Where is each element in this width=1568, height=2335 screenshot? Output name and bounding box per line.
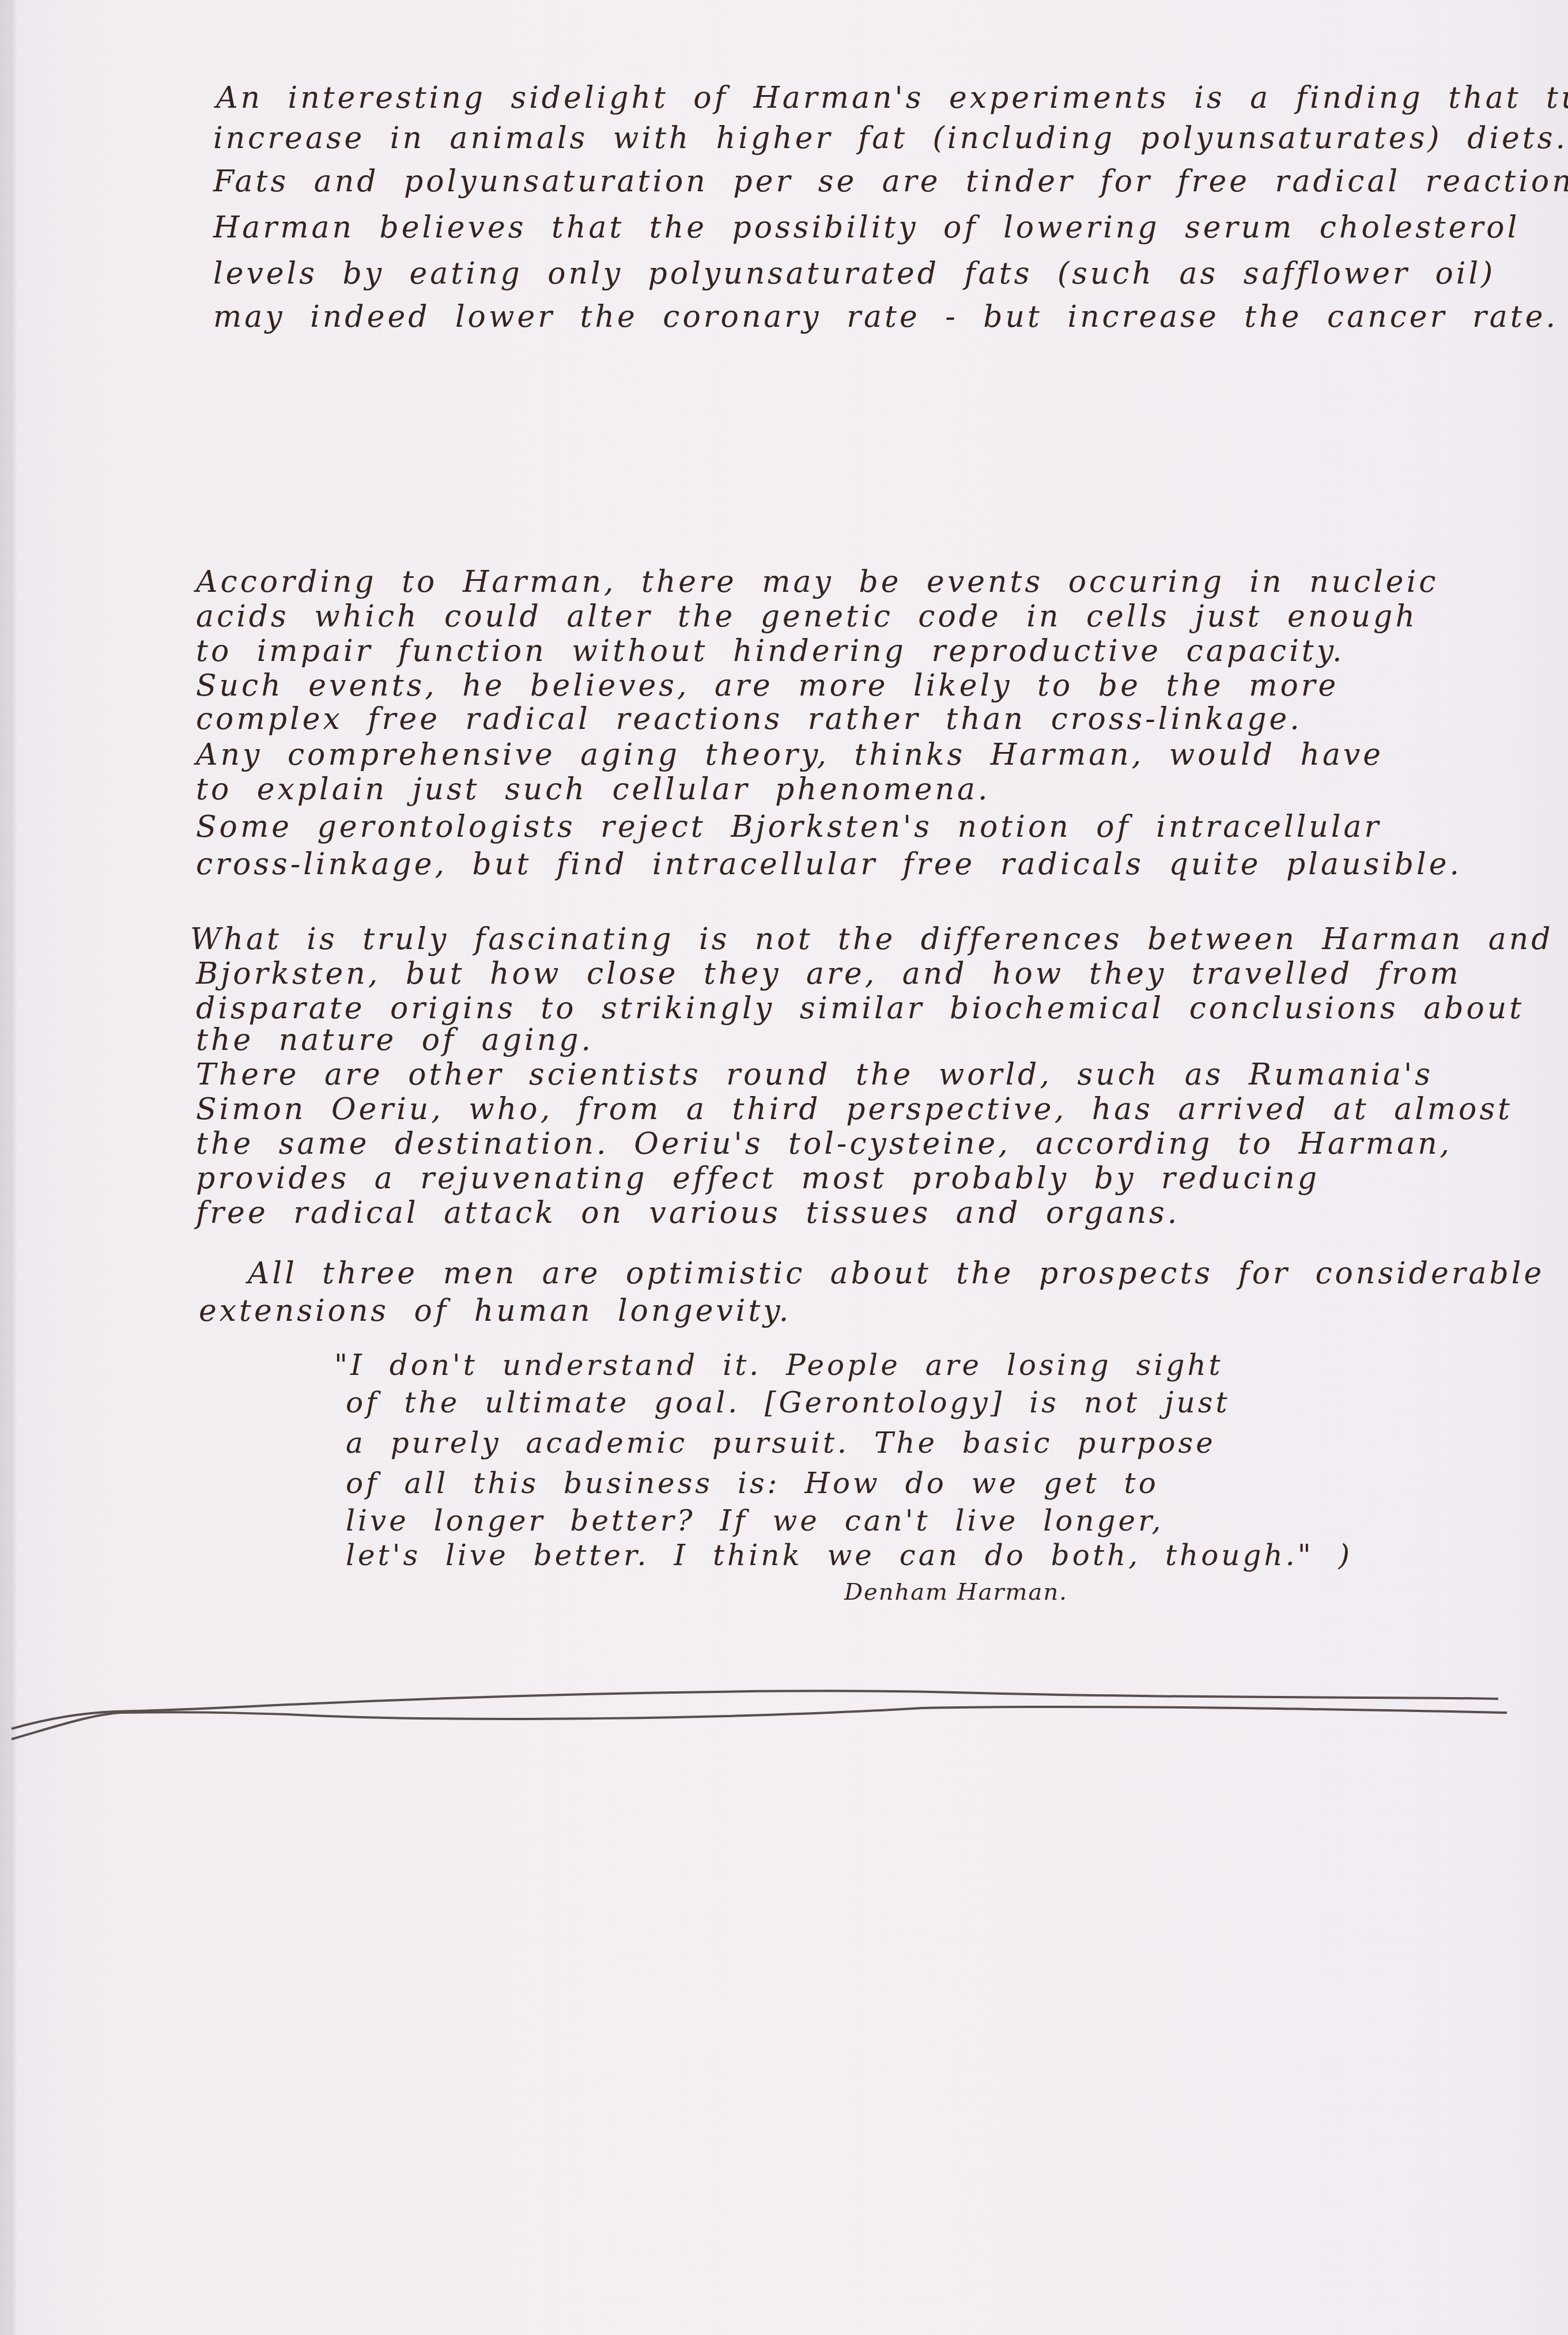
text-line: levels by eating only polyunsaturated fa… bbox=[213, 256, 1495, 291]
text-line: complex free radical reactions rather th… bbox=[196, 702, 1302, 736]
text-line: There are other scientists round the wor… bbox=[196, 1057, 1433, 1092]
text-line: An interesting sidelight of Harman's exp… bbox=[216, 81, 1397, 115]
text-line: provides a rejuvenating effect most prob… bbox=[196, 1161, 1320, 1196]
text-line: What is truly fascinating is not the dif… bbox=[190, 922, 1554, 957]
text-line: to impair function without hindering rep… bbox=[196, 634, 1345, 668]
quote-line: let's live better. I think we can do bot… bbox=[346, 1539, 1352, 1572]
text-line: Harman believes that the possibility of … bbox=[213, 210, 1520, 245]
quote-line: of the ultimate goal. [Gerontology] is n… bbox=[346, 1386, 1230, 1419]
text-line: extensions of human longevity. bbox=[199, 1294, 791, 1328]
quote-line: of all this business is: How do we get t… bbox=[346, 1467, 1159, 1500]
text-line: cross-linkage, but find intracellular fr… bbox=[196, 847, 1462, 882]
text-line: to explain just such cellular phenomena. bbox=[196, 772, 991, 807]
quote-line: "I don't understand it. People are losin… bbox=[334, 1348, 1223, 1382]
text-line: Simon Oeriu, who, from a third perspecti… bbox=[196, 1092, 1513, 1127]
text-line: acids which could alter the genetic code… bbox=[196, 599, 1418, 634]
text-line: Any comprehensive aging theory, thinks H… bbox=[196, 738, 1384, 772]
text-line: disparate origins to strikingly similar … bbox=[196, 991, 1524, 1026]
text-line: Bjorksten, but how close they are, and h… bbox=[196, 957, 1461, 991]
text-line: All three men are optimistic about the p… bbox=[248, 1256, 1544, 1291]
text-line: free radical attack on various tissues a… bbox=[196, 1196, 1180, 1230]
text-line: may indeed lower the coronary rate - but… bbox=[213, 300, 1558, 334]
manuscript-page: An interesting sidelight of Harman's exp… bbox=[0, 0, 1568, 2335]
text-line: According to Harman, there may be events… bbox=[196, 565, 1438, 599]
text-line: the nature of aging. bbox=[196, 1023, 594, 1057]
text-line: Fats and polyunsaturation per se are tin… bbox=[213, 164, 1568, 199]
text-line: increase in animals with higher fat (inc… bbox=[213, 121, 1568, 156]
quote-line: a purely academic pursuit. The basic pur… bbox=[346, 1426, 1216, 1460]
text-line: the same destination. Oeriu's tol-cystei… bbox=[196, 1127, 1452, 1161]
signature-attribution: Denham Harman. bbox=[844, 1579, 1068, 1605]
text-line: Such events, he believes, are more likel… bbox=[196, 668, 1339, 703]
text-line: Some gerontologists reject Bjorksten's n… bbox=[196, 810, 1381, 844]
quote-line: live longer better? If we can't live lon… bbox=[346, 1504, 1163, 1537]
hand-drawn-rule bbox=[0, 1671, 1568, 1740]
